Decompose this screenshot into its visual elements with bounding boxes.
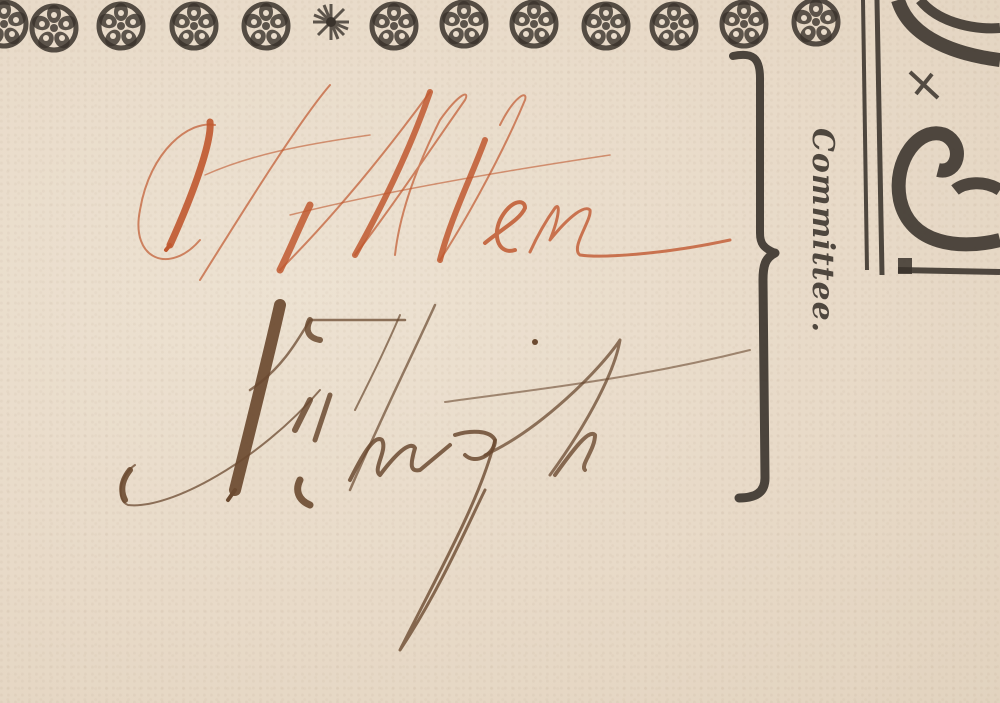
rosette-icon	[170, 3, 217, 49]
rosette-icon	[97, 3, 144, 49]
scroll-flourish-icon	[850, 0, 1000, 290]
star-ornament-icon	[313, 4, 349, 40]
rosette-icon	[582, 3, 629, 49]
rosette-icon	[720, 1, 767, 47]
document-page: Committee. S. Allen N. Knight	[0, 0, 1000, 703]
rosette-icon	[0, 1, 28, 47]
rosette-icon	[650, 3, 697, 49]
rosette-icon	[792, 0, 839, 45]
rosette-icon	[30, 5, 77, 51]
rosette-icon	[242, 3, 289, 49]
committee-label: Committee.	[805, 128, 840, 333]
rosette-icon	[440, 1, 487, 47]
cross-mark-icon	[910, 72, 938, 98]
rosette-icon	[370, 3, 417, 49]
signature-s-allen	[130, 80, 770, 290]
rosette-icon	[510, 1, 557, 47]
signature-n-knight	[110, 290, 810, 670]
